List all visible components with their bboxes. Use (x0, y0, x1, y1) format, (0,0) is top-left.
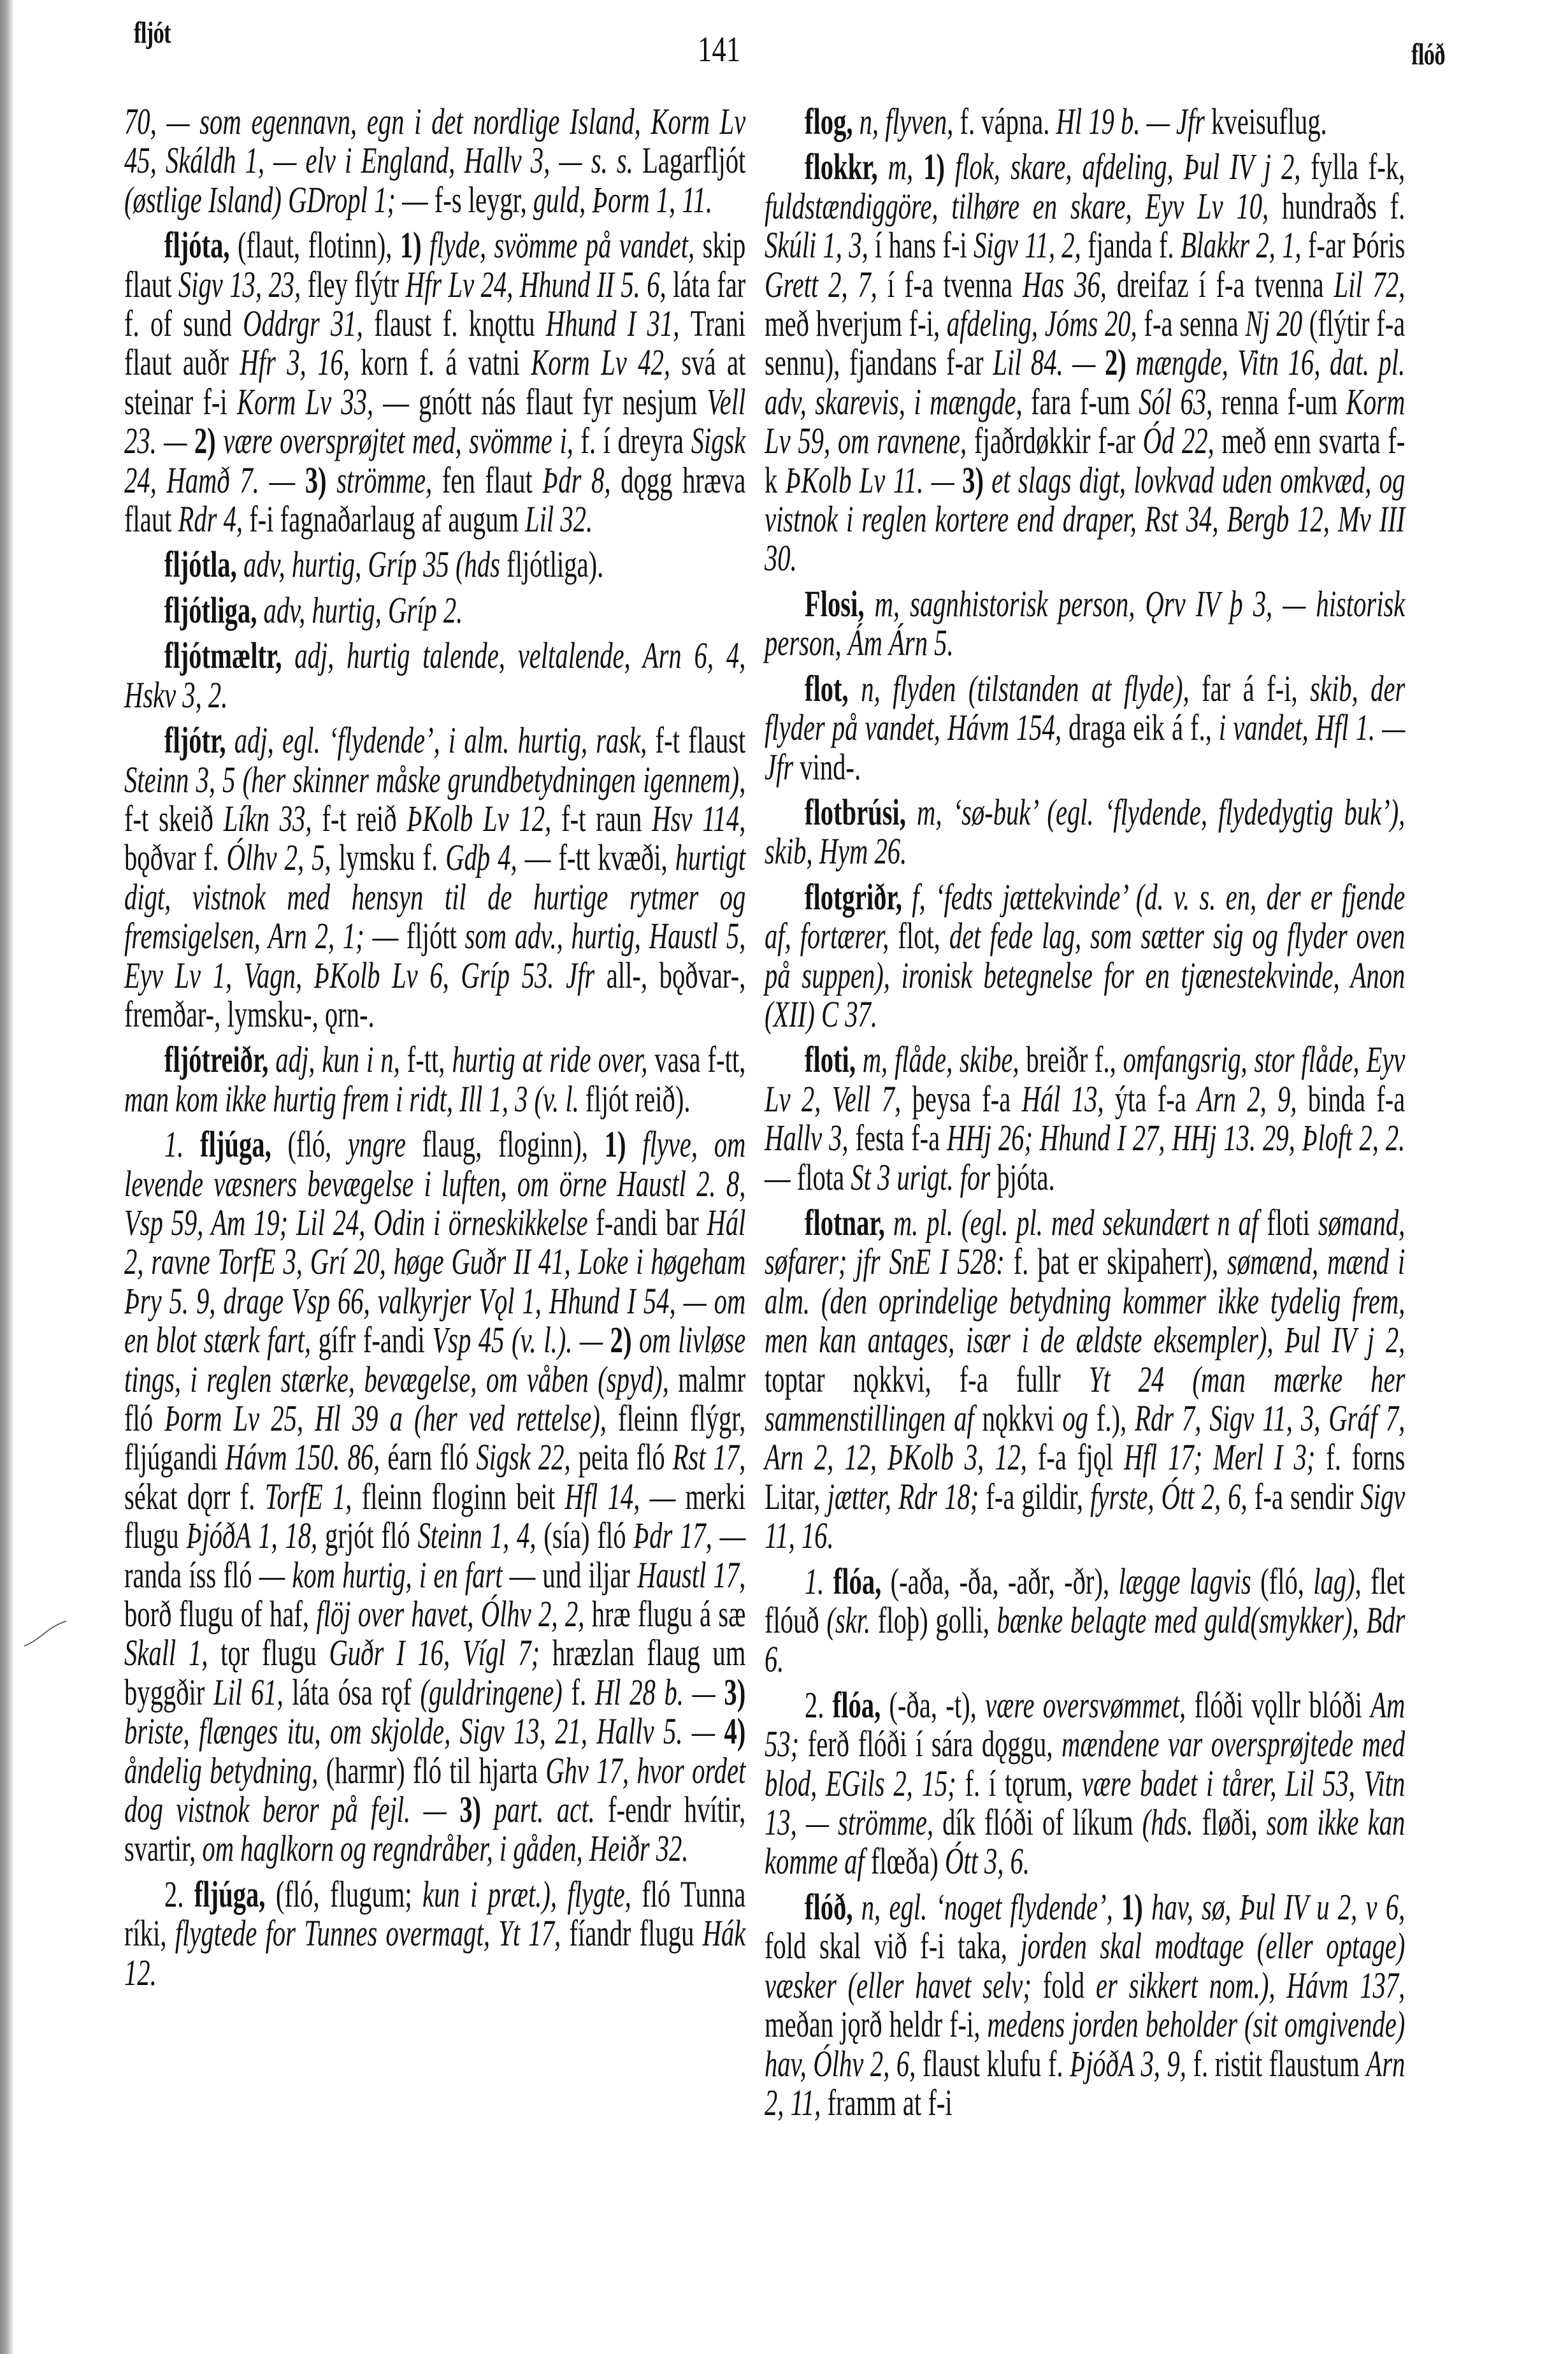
italic-gloss: Hsv 114, (652, 798, 745, 839)
dictionary-entry: flot, n, flyden (tilstanden at flyde), f… (765, 669, 1405, 786)
roman-text: f-andi bar (596, 1202, 707, 1243)
roman-text: hræ flugu á sæ (592, 1593, 746, 1635)
dictionary-entry: floti, m, flåde, skibe, breiðr f., omfan… (765, 1040, 1405, 1197)
italic-gloss: Hfr Lv 24, Hhund II 5. 6, (406, 264, 673, 305)
italic-gloss: (skr. (826, 1599, 877, 1641)
italic-gloss: Lil 32. (525, 498, 593, 540)
roman-text: binda f-a (1308, 1078, 1406, 1120)
italic-gloss: Blakkr 2, 1, (1181, 224, 1308, 266)
roman-text: (-aða, -ða, -aðr, -ðr), (891, 1561, 1119, 1602)
italic-gloss: Gdþ 4, (445, 837, 525, 878)
roman-text: f-a gildir, (986, 1476, 1090, 1517)
roman-text: fold (1043, 1965, 1096, 2006)
roman-text: þeysa f-a (912, 1078, 1022, 1120)
headword: 1) (1121, 1886, 1151, 1928)
italic-gloss: flöj over havet, Ólhv 2, 2, (316, 1593, 591, 1635)
roman-text: í f-a tvenna (888, 264, 1023, 305)
headword: floti, (805, 1039, 863, 1080)
headword: 1) (605, 1123, 643, 1165)
dictionary-entry: fljóta, (flaut, flotinn), 1) flyde, svöm… (124, 226, 745, 538)
dictionary-entry: fljótmæltr, adj, hurtig talende, veltale… (124, 636, 745, 714)
roman-text: floþ) golli, (878, 1599, 997, 1641)
headword: fljóta, (164, 224, 238, 266)
italic-gloss: være oversvømmet, (985, 1684, 1194, 1726)
italic-gloss: Sigv 13, 23, (178, 264, 308, 305)
italic-gloss: være oversprøjtet med, svömme i, (223, 420, 580, 461)
roman-text: toptar nǫkkvi, f-a fullr (765, 1359, 1089, 1400)
roman-text: fylla f-k, (1311, 146, 1405, 187)
italic-gloss: Korm Lv 42, (531, 342, 681, 383)
roman-text: (fló, flugum; (276, 1874, 422, 1915)
italic-gloss: n, flyven, (860, 101, 960, 142)
roman-text: ferð flóði í sára dǫggu, (808, 1723, 1061, 1765)
italic-gloss: Haustl 17, (637, 1554, 745, 1596)
headword: fljótmæltr, (164, 635, 294, 676)
italic-gloss: Rdr 4, (178, 498, 250, 540)
headword: 2) (1105, 342, 1135, 383)
headword: flóa, (833, 1561, 891, 1602)
roman-text: fljótliga). (507, 544, 603, 585)
roman-text: flóði vǫllr blóði (1194, 1684, 1370, 1726)
roman-text: meðan jǫrð heldr f-i, (765, 2004, 987, 2045)
italic-gloss: n, egl. ‘noget flydende’, (861, 1886, 1121, 1928)
roman-text: flaug, floginn), (422, 1123, 605, 1165)
roman-text: — fljótt (372, 915, 464, 957)
italic-gloss: 1. (805, 1561, 833, 1602)
roman-text: með hverjum f-i, (765, 303, 947, 344)
roman-text: f-t reið (322, 798, 406, 839)
dictionary-entry: fljótla, adv, hurtig, Gríp 35 (hds fljót… (124, 545, 745, 584)
roman-text: f. ristit flaustum (1193, 2043, 1366, 2084)
italic-gloss: Hl 28 b. — (595, 1672, 724, 1713)
headword: fljúga, (194, 1874, 276, 1915)
italic-gloss: Lil 72, (1334, 264, 1406, 305)
roman-text: (-ða, -t), (889, 1684, 986, 1726)
headword: fljúga, (200, 1123, 287, 1165)
italic-gloss: m, (888, 146, 923, 187)
dictionary-entry: flotbrúsi, m, ‘sø-buk’ (egl. ‘flydende, … (765, 793, 1405, 871)
italic-gloss: Hfr 3, 16, (240, 342, 361, 383)
italic-gloss: adj, egl. ‘flydende’, i alm. hurtig, ras… (234, 719, 656, 761)
italic-gloss: yngre (348, 1123, 422, 1165)
dictionary-entry: 2. flóa, (-ða, -t), være oversvømmet, fl… (765, 1686, 1405, 1881)
italic-gloss: hav, sø, Þul IV u 2, v 6, (1151, 1886, 1405, 1928)
roman-text: grjót fló (325, 1515, 417, 1556)
italic-gloss: kom hurtig, i en fart (292, 1554, 509, 1596)
italic-gloss: Lil 84. — (993, 342, 1105, 383)
headword: fljótr, (164, 719, 234, 761)
roman-text: láta ósa rǫf (292, 1672, 420, 1713)
italic-gloss: om haglkorn og regndråber, i gåden, Heið… (202, 1828, 688, 1869)
roman-text: f-a sendir (1255, 1476, 1361, 1517)
roman-text: vasa f-tt, (654, 1039, 745, 1080)
dictionary-entry: Flosi, m, sagnhistorisk person, Ǫrv IV þ… (765, 584, 1405, 663)
headword: 2) (194, 420, 223, 461)
italic-gloss: Nj 20 (1245, 303, 1309, 344)
dictionary-entry: flotnar, m. pl. (egl. pl. med sekundært … (765, 1203, 1405, 1556)
roman-text: — und iljar (510, 1554, 637, 1596)
italic-gloss: Oddrgr 31, (243, 303, 374, 344)
italic-gloss: Skúli 1, 3, (765, 224, 875, 266)
italic-gloss: fyrste, Ótt 2, 6, (1090, 1476, 1255, 1517)
roman-text: fold skal við f-i taka, (765, 1925, 1020, 1967)
roman-text: fara f-um (1031, 381, 1139, 422)
italic-gloss: kun i præt.), flygte, (422, 1874, 642, 1915)
headword: flotbrúsi, (805, 791, 917, 833)
roman-text: — (269, 459, 305, 501)
headword: Flosi, (805, 583, 875, 625)
italic-gloss: adv, hurtig, Gríp 2. (264, 589, 463, 631)
column-right-body: flog, n, flyven, f. vápna. Hl 19 b. — Jf… (765, 102, 1405, 2122)
italic-gloss: Hfl 14, (565, 1476, 649, 1517)
roman-text: f. í dreyra (580, 420, 691, 461)
italic-gloss: lægge lagvis (1118, 1561, 1260, 1602)
italic-gloss: Hhund I 31, (546, 303, 691, 344)
roman-text: 2. (805, 1684, 833, 1726)
roman-text: framm at f-i (827, 2082, 952, 2123)
italic-gloss: m. pl. (egl. pl. med sekundært n af (893, 1202, 1267, 1243)
italic-gloss: og (1062, 1397, 1097, 1439)
roman-text: gífr f-andi (319, 1319, 433, 1361)
roman-text: breiðr f., (1026, 1039, 1123, 1080)
italic-gloss: Lil 61, (213, 1672, 292, 1713)
roman-text: flot, (898, 915, 949, 957)
italic-gloss: flyde, svömme på vandet, (429, 224, 703, 266)
italic-gloss: åndelig betydning, (124, 1750, 326, 1791)
dictionary-entry: fljótliga, adv, hurtig, Gríp 2. (124, 591, 745, 630)
roman-text: fíandr flugu (569, 1912, 702, 1954)
headword: 4) (724, 1710, 745, 1752)
page-number: 141 (698, 29, 740, 70)
roman-text: fløði, (1202, 1802, 1267, 1843)
italic-gloss: Ód 22, (1143, 420, 1222, 461)
roman-text: (harmr) fló til hjarta (326, 1750, 546, 1791)
roman-text: 2. (164, 1874, 194, 1915)
roman-text: (flaut, flotinn), (238, 224, 400, 266)
scan-shadow-edge (0, 0, 14, 2354)
pencil-mark-icon (23, 1619, 68, 1647)
italic-gloss: er sikkert nom.), Hávm 137, (1096, 1965, 1405, 2006)
italic-gloss: ÞKolb Lv 11. — (786, 459, 963, 501)
italic-gloss: guld, Þorm 1, 11. (533, 179, 712, 220)
headword: flotnar, (805, 1202, 893, 1243)
headword: fljótreiðr, (164, 1039, 275, 1080)
roman-text: far á f-i, (1202, 668, 1310, 709)
italic-gloss: fuldstændiggöre, tilhøre en skare, Eyv L… (765, 185, 1282, 227)
italic-gloss: TorfE 1, (265, 1476, 362, 1517)
roman-text: f-t skeið (124, 798, 224, 839)
italic-gloss: Sigv 11, 2, (974, 224, 1088, 266)
roman-text: — flota (765, 1157, 851, 1198)
roman-text: þjóta. (996, 1157, 1054, 1198)
italic-gloss: Hl 19 b. — Jfr (1056, 101, 1212, 142)
headword: flog, (805, 101, 860, 142)
roman-text: hundraðs f. (1282, 185, 1405, 227)
roman-text: f-t raun (561, 798, 652, 839)
roman-text: bǫðvar f. (124, 837, 227, 878)
italic-gloss: part. act. (494, 1789, 608, 1830)
roman-text: fleinn floginn beit (362, 1476, 565, 1517)
italic-gloss: briste, flænges itu, om skjolde, Sigv 13… (124, 1710, 724, 1752)
italic-gloss: flygtede for Tunnes overmagt, Yt 17, (175, 1912, 570, 1954)
italic-gloss: flok, skare, afdeling, Þul IV j 2, (955, 146, 1311, 187)
dictionary-entry: flog, n, flyven, f. vápna. Hl 19 b. — Jf… (765, 102, 1405, 141)
roman-text: í hans f-i (875, 224, 974, 266)
italic-gloss: ÞjóðA 1, 18, (187, 1515, 325, 1556)
italic-gloss: Þorm Lv 25, Hl 39 a (her ved rettelse), (164, 1397, 618, 1439)
roman-text: ýta f-a (1115, 1078, 1197, 1120)
roman-text: fley flýtr (308, 264, 406, 305)
headword: flot, (805, 668, 861, 709)
italic-gloss: (guldringene) (421, 1672, 572, 1713)
roman-text: fjanda f. (1088, 224, 1181, 266)
dictionary-entry: flotgriðr, f, ‘fedts jættekvinde’ (d. v.… (765, 877, 1405, 1034)
italic-gloss: Korm Lv 33, (237, 381, 383, 422)
italic-gloss: Has 36, (1023, 264, 1117, 305)
italic-gloss: jætter, Rdr 18; (828, 1476, 986, 1517)
dictionary-entry: 2. fljúga, (fló, flugum; kun i præt.), f… (124, 1875, 745, 1992)
dictionary-entry: fljótr, adj, egl. ‘flydende’, i alm. hur… (124, 721, 745, 1034)
italic-gloss: Líkn 33, (224, 798, 322, 839)
roman-text: flœða) (871, 1840, 945, 1882)
roman-text: f. (571, 1672, 594, 1713)
italic-gloss: strömme, (336, 459, 442, 501)
roman-text: f-i fagnaðarlaug af augum (249, 498, 525, 540)
headword: fljótliga, (164, 589, 264, 631)
headword: flotgriðr, (805, 876, 912, 918)
italic-gloss: lag), (1313, 1561, 1370, 1602)
roman-text: f-t flaust (656, 719, 746, 761)
roman-text: (fló, (1260, 1561, 1313, 1602)
italic-gloss: Hál 13, (1022, 1078, 1115, 1120)
roman-text: — f-tt kvæði, (525, 837, 675, 878)
italic-gloss: (hds. (1142, 1802, 1202, 1843)
dictionary-entry: fljótreiðr, adj, kun i n, f-tt, hurtig a… (124, 1040, 745, 1118)
dictionary-entry: flokkr, m, 1) flok, skare, afdeling, Þul… (765, 147, 1405, 577)
roman-text: f-a senna (1144, 303, 1245, 344)
italic-gloss: hurtig at ride over, (452, 1039, 654, 1080)
roman-text: f.), (1097, 1397, 1135, 1439)
italic-gloss: adv, hurtig, Gríp 35 (hds (243, 544, 507, 585)
roman-text: vind-. (800, 746, 861, 788)
roman-text: f-ar Þóris (1308, 224, 1405, 266)
headword: fljótla, (164, 544, 243, 585)
column-left: 70, — som egennavn, egn i det nordlige I… (124, 102, 745, 1998)
roman-text: f. í tǫrum, (965, 1763, 1081, 1804)
italic-gloss: Ótt 3, 6. (945, 1840, 1030, 1882)
roman-text: f. vápna. (960, 101, 1056, 142)
headword: flokkr, (805, 146, 888, 187)
italic-gloss: ÞKolb Lv 12, (406, 798, 561, 839)
roman-text: flaust klufu f. (923, 2043, 1070, 2084)
italic-gloss: Steinn 1, 4, (418, 1515, 544, 1556)
italic-gloss: Sól 63, (1139, 381, 1221, 422)
headword: 3) (962, 459, 991, 501)
italic-gloss: Sigsk 22, (476, 1436, 578, 1478)
roman-text: — gnótt nás flaut fyr nesjum (383, 381, 707, 422)
dictionary-entry: 70, — som egennavn, egn i det nordlige I… (124, 102, 745, 219)
italic-gloss: Hallv 3, (765, 1117, 855, 1159)
roman-text: kveisuflug. (1211, 101, 1327, 142)
italic-gloss: Hfl 17; Merl I 3; (1124, 1436, 1326, 1478)
roman-text: fljót reið). (586, 1078, 691, 1120)
italic-gloss: m, flåde, skibe, (863, 1039, 1026, 1080)
roman-text: — f-s leygr, (402, 179, 533, 220)
roman-text: f-tt, (407, 1039, 452, 1080)
roman-text: (fló, (287, 1123, 348, 1165)
roman-text: tǫr flugu (220, 1632, 329, 1673)
roman-text: dreifaz í f-a tvenna (1117, 264, 1334, 305)
italic-gloss: n, flyden (tilstanden at flyde), (861, 668, 1202, 709)
headword: 3) (724, 1672, 745, 1713)
roman-text: festa f-a (855, 1117, 947, 1159)
roman-text: (sía) fló (543, 1515, 633, 1556)
italic-gloss: Rst 17, (673, 1436, 746, 1478)
dictionary-entry: flóð, n, egl. ‘noget flydende’, 1) hav, … (765, 1888, 1405, 2122)
running-head-left: fljót (134, 15, 171, 50)
roman-text: borð flugu of haf, (124, 1593, 316, 1635)
headword: 3) (459, 1789, 494, 1830)
roman-text: nǫkkvi (982, 1397, 1063, 1439)
roman-text: f-a fjǫl (1038, 1436, 1124, 1478)
italic-gloss: Grett 2, 7, (765, 264, 888, 305)
italic-gloss: Arn 2, 9, (1197, 1078, 1308, 1120)
roman-text: flaust f. knǫttu (374, 303, 546, 344)
italic-gloss: HHj 26; Hhund I 27, HHj 13. 29, Þloft 2,… (947, 1117, 1405, 1159)
italic-gloss: Steinn 3, 5 (her skinner måske grundbety… (124, 759, 745, 800)
headword: flóð, (805, 1886, 861, 1928)
roman-text: lymsku f. (339, 837, 445, 878)
column-right: flog, n, flyven, f. vápna. Hl 19 b. — Jf… (765, 102, 1405, 2128)
italic-gloss: ÞjóðA 3, 9, (1070, 2043, 1193, 2084)
roman-text: fen flaut (442, 459, 543, 501)
italic-gloss: adj, kun i n, (275, 1039, 406, 1080)
roman-text: floti (1267, 1202, 1318, 1243)
dictionary-entry: 1. fljúga, (fló, yngre flaug, floginn), … (124, 1125, 745, 1868)
roman-text: peita fló (579, 1436, 673, 1478)
column-left-body: 70, — som egennavn, egn i det nordlige I… (124, 102, 745, 1992)
roman-text: sékat dǫrr f. (124, 1476, 265, 1517)
italic-gloss: afdeling, Jóms 20, (947, 303, 1144, 344)
roman-text: renna f-um (1221, 381, 1346, 422)
italic-gloss: St 3 urigt. for (851, 1157, 996, 1198)
roman-text: fjaðrdøkkir f-ar (974, 420, 1143, 461)
italic-gloss: Þdr 17, (633, 1515, 719, 1556)
italic-gloss: 1. (164, 1123, 200, 1165)
headword: flóa, (833, 1684, 889, 1726)
headword: 1) (400, 224, 429, 266)
headword: 1) (923, 146, 955, 187)
roman-text: Lagarfljót (642, 140, 745, 181)
dictionary-entry: 1. flóa, (-aða, -ða, -aðr, -ðr), lægge l… (765, 1562, 1405, 1679)
italic-gloss: Skall 1, (124, 1632, 220, 1673)
roman-text: korn f. á vatni (361, 342, 531, 383)
italic-gloss: man kom ikke hurtig frem i ridt, Ill 1, … (124, 1078, 586, 1120)
roman-text: dík flóði of líkum (942, 1802, 1142, 1843)
roman-text: éarn fló (387, 1436, 476, 1478)
headword: 3) (305, 459, 337, 501)
italic-gloss: Hávm 150. 86, (226, 1436, 388, 1478)
running-head-right: flóð (1411, 37, 1445, 72)
italic-gloss: Ólhv 2, 5, (227, 837, 339, 878)
italic-gloss: Þdr 8, (543, 459, 621, 501)
headword: 2) (610, 1319, 639, 1361)
italic-gloss: Vsp 45 (v. l.). — (432, 1319, 610, 1361)
roman-text: f. þat er skipaherr), (1014, 1241, 1227, 1282)
italic-gloss: Guðr I 16, Vígl 7; (329, 1632, 552, 1673)
roman-text: draga eik á f., (1068, 707, 1219, 748)
italic-gloss: (østlige Island) GDropl 1; (124, 179, 402, 220)
